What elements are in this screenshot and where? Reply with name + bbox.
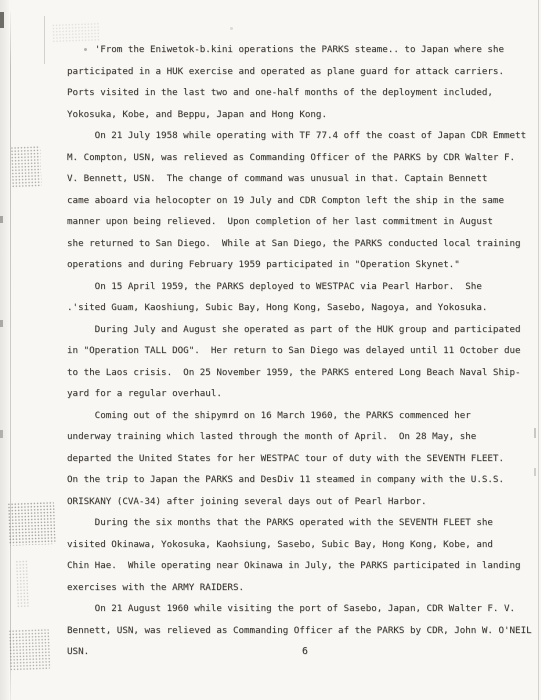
document-paragraph-3: On 15 April 1959, the PARKS deployed to …: [67, 276, 537, 319]
scan-noise-dot: [230, 27, 233, 30]
scan-speckle-artifact: [10, 145, 41, 188]
document-paragraph-5: Coming out of the shipymrd on 16 March 1…: [67, 405, 537, 513]
scan-speckle-artifact: [8, 628, 50, 670]
scan-line-artifact: [44, 16, 45, 64]
scan-binding-line: [10, 12, 11, 700]
document-paragraph-2: On 21 July 1958 while operating with TF …: [67, 125, 537, 276]
scan-edge-mark: [0, 12, 4, 28]
document-paragraph-6: During the six months that the PARKS ope…: [67, 512, 537, 598]
document-paragraph-1: 'From the Eniwetok-b.kini operations the…: [67, 39, 537, 125]
scan-edge-mark: [0, 216, 3, 223]
scan-speckle-artifact: [15, 560, 30, 608]
document-text-block: 'From the Eniwetok-b.kini operations the…: [67, 39, 537, 663]
document-paragraph-4: During July and August she operated as p…: [67, 319, 537, 405]
scan-edge-mark: [0, 430, 3, 438]
scan-edge-shading: [0, 0, 9, 700]
scan-speckle-artifact: [7, 501, 55, 546]
scan-edge-mark: [0, 320, 3, 327]
scanned-document-page: 'From the Eniwetok-b.kini operations the…: [0, 0, 541, 700]
page-number: 6: [302, 641, 308, 663]
scan-right-edge-line: [538, 0, 539, 700]
